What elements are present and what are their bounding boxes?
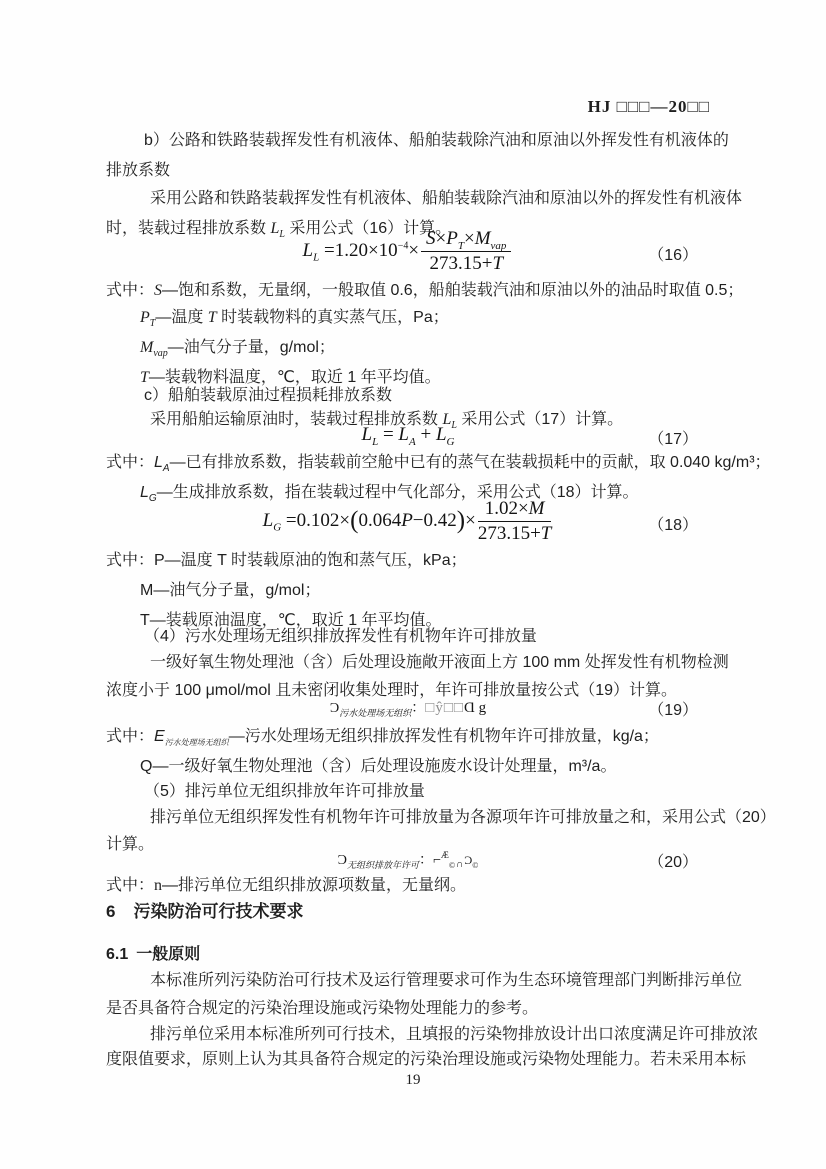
definition-m18: M—油气分子量，g/mol； — [106, 580, 744, 602]
fraction-18: 1.02×M273.15+T — [478, 498, 552, 545]
garbled-glyph-cluster: ⌐Æ©∩Ɔ© — [433, 853, 478, 868]
definition-s: 式中：S—饱和系数，无量纲，一般取值 0.6，船舶装载汽油和原油以外的油品时取值… — [106, 280, 710, 302]
section4-para-line1: 一级好氧生物处理池（含）后处理设施敞开液面上方 100 mm 处挥发性有机物检测 — [106, 652, 754, 674]
definition-p18: 式中：P—温度 T 时装载原油的饱和蒸气压，kPa； — [106, 550, 710, 572]
section6-heading: 6污染防治可行技术要求 — [106, 901, 710, 923]
section5-para-line1: 排污单位无组织挥发性有机物年许可排放量为各源项年许可排放量之和，采用公式（20） — [106, 807, 754, 829]
document-page: HJ □□□—20□□ b）公路和铁路装载挥发性有机液体、船舶装载除汽油和原油以… — [0, 0, 826, 1169]
para16-line1: 采用公路和铁路装载挥发性有机液体、船舶装载除汽油和原油以外的挥发性有机液体 — [106, 188, 754, 210]
var-E: E污水处理场无组织 — [154, 728, 229, 745]
definition-mvap: Mvap—油气分子量，g/mol； — [106, 337, 744, 359]
section5-heading: （5）排污单位无组织排放年许可排放量 — [106, 781, 748, 803]
definition-pt: PT—温度 T 时装载物料的真实蒸气压，Pa； — [106, 307, 744, 329]
var-LA: LA — [154, 454, 170, 471]
formula-19-tag: （19） — [648, 697, 698, 720]
standard-code-header: HJ □□□—20□□ — [106, 97, 710, 117]
formula-17: LL = LA + LG （17） — [106, 424, 710, 448]
fraction-16: S×PT×Mvap273.15+T — [421, 228, 511, 275]
formula-16: LL =1.20×10−4×S×PT×Mvap273.15+T （16） — [106, 228, 710, 276]
definition-la: 式中：LA—已有排放系数，指装载前空舱中已有的蒸气在装载损耗中的贡献，取 0.0… — [106, 452, 710, 474]
section61-heading: 6.1一般原则 — [106, 944, 710, 966]
formula-16-tag: （16） — [648, 242, 698, 265]
formula-18-tag: （18） — [648, 512, 698, 535]
definition-e: 式中：E污水处理场无组织—污水处理场无组织排放挥发性有机物年许可排放量，kg/a… — [106, 726, 710, 748]
item-b-line2: 排放系数 — [106, 160, 710, 182]
formula-20-tag: （20） — [648, 849, 698, 872]
para61-line1: 本标准所列污染防治可行技术及运行管理要求可作为生态环境管理部门判断排污单位 — [106, 970, 754, 992]
item-b-line1: b）公路和铁路装载挥发性有机液体、船舶装载除汽油和原油以外挥发性有机液体的 — [106, 130, 748, 152]
var-PT: PT — [140, 309, 155, 326]
formula-19: Ɔ污水处理场无组织：□ŷ□□Ɑ g （19） — [106, 697, 710, 719]
item-c: c）船舶装载原油过程损耗排放系数 — [106, 385, 748, 407]
definition-q: Q—一级好氧生物处理池（含）后处理设施废水设计处理量，m³/a。 — [106, 756, 744, 778]
formula-18: LG =0.102×(0.064P−0.42)×1.02×M273.15+T （… — [106, 498, 710, 546]
formula-20: Ɔ无组织排放年许可：⌐Æ©∩Ɔ© （20） — [106, 849, 710, 871]
definition-n: 式中：n—排污单位无组织排放源项数量，无量纲。 — [106, 875, 710, 897]
var-Mvap: Mvap — [140, 339, 168, 356]
para62-line2: 度限值要求，原则上认为其具备符合规定的污染治理设施或污染物处理能力。若未采用本标 — [106, 1049, 710, 1071]
para62-line1: 排污单位采用本标准所列可行技术，且填报的污染物排放设计出口浓度满足许可排放浓 — [106, 1024, 754, 1046]
section4-heading: （4）污水处理场无组织排放挥发性有机物年许可排放量 — [106, 626, 748, 648]
page-number: 19 — [0, 1072, 826, 1089]
formula-17-tag: （17） — [648, 426, 698, 449]
para61-line2: 是否具备符合规定的污染治理设施或污染物处理能力的参考。 — [106, 998, 710, 1020]
missing-glyph-boxes: □ŷ□□ — [425, 700, 464, 716]
